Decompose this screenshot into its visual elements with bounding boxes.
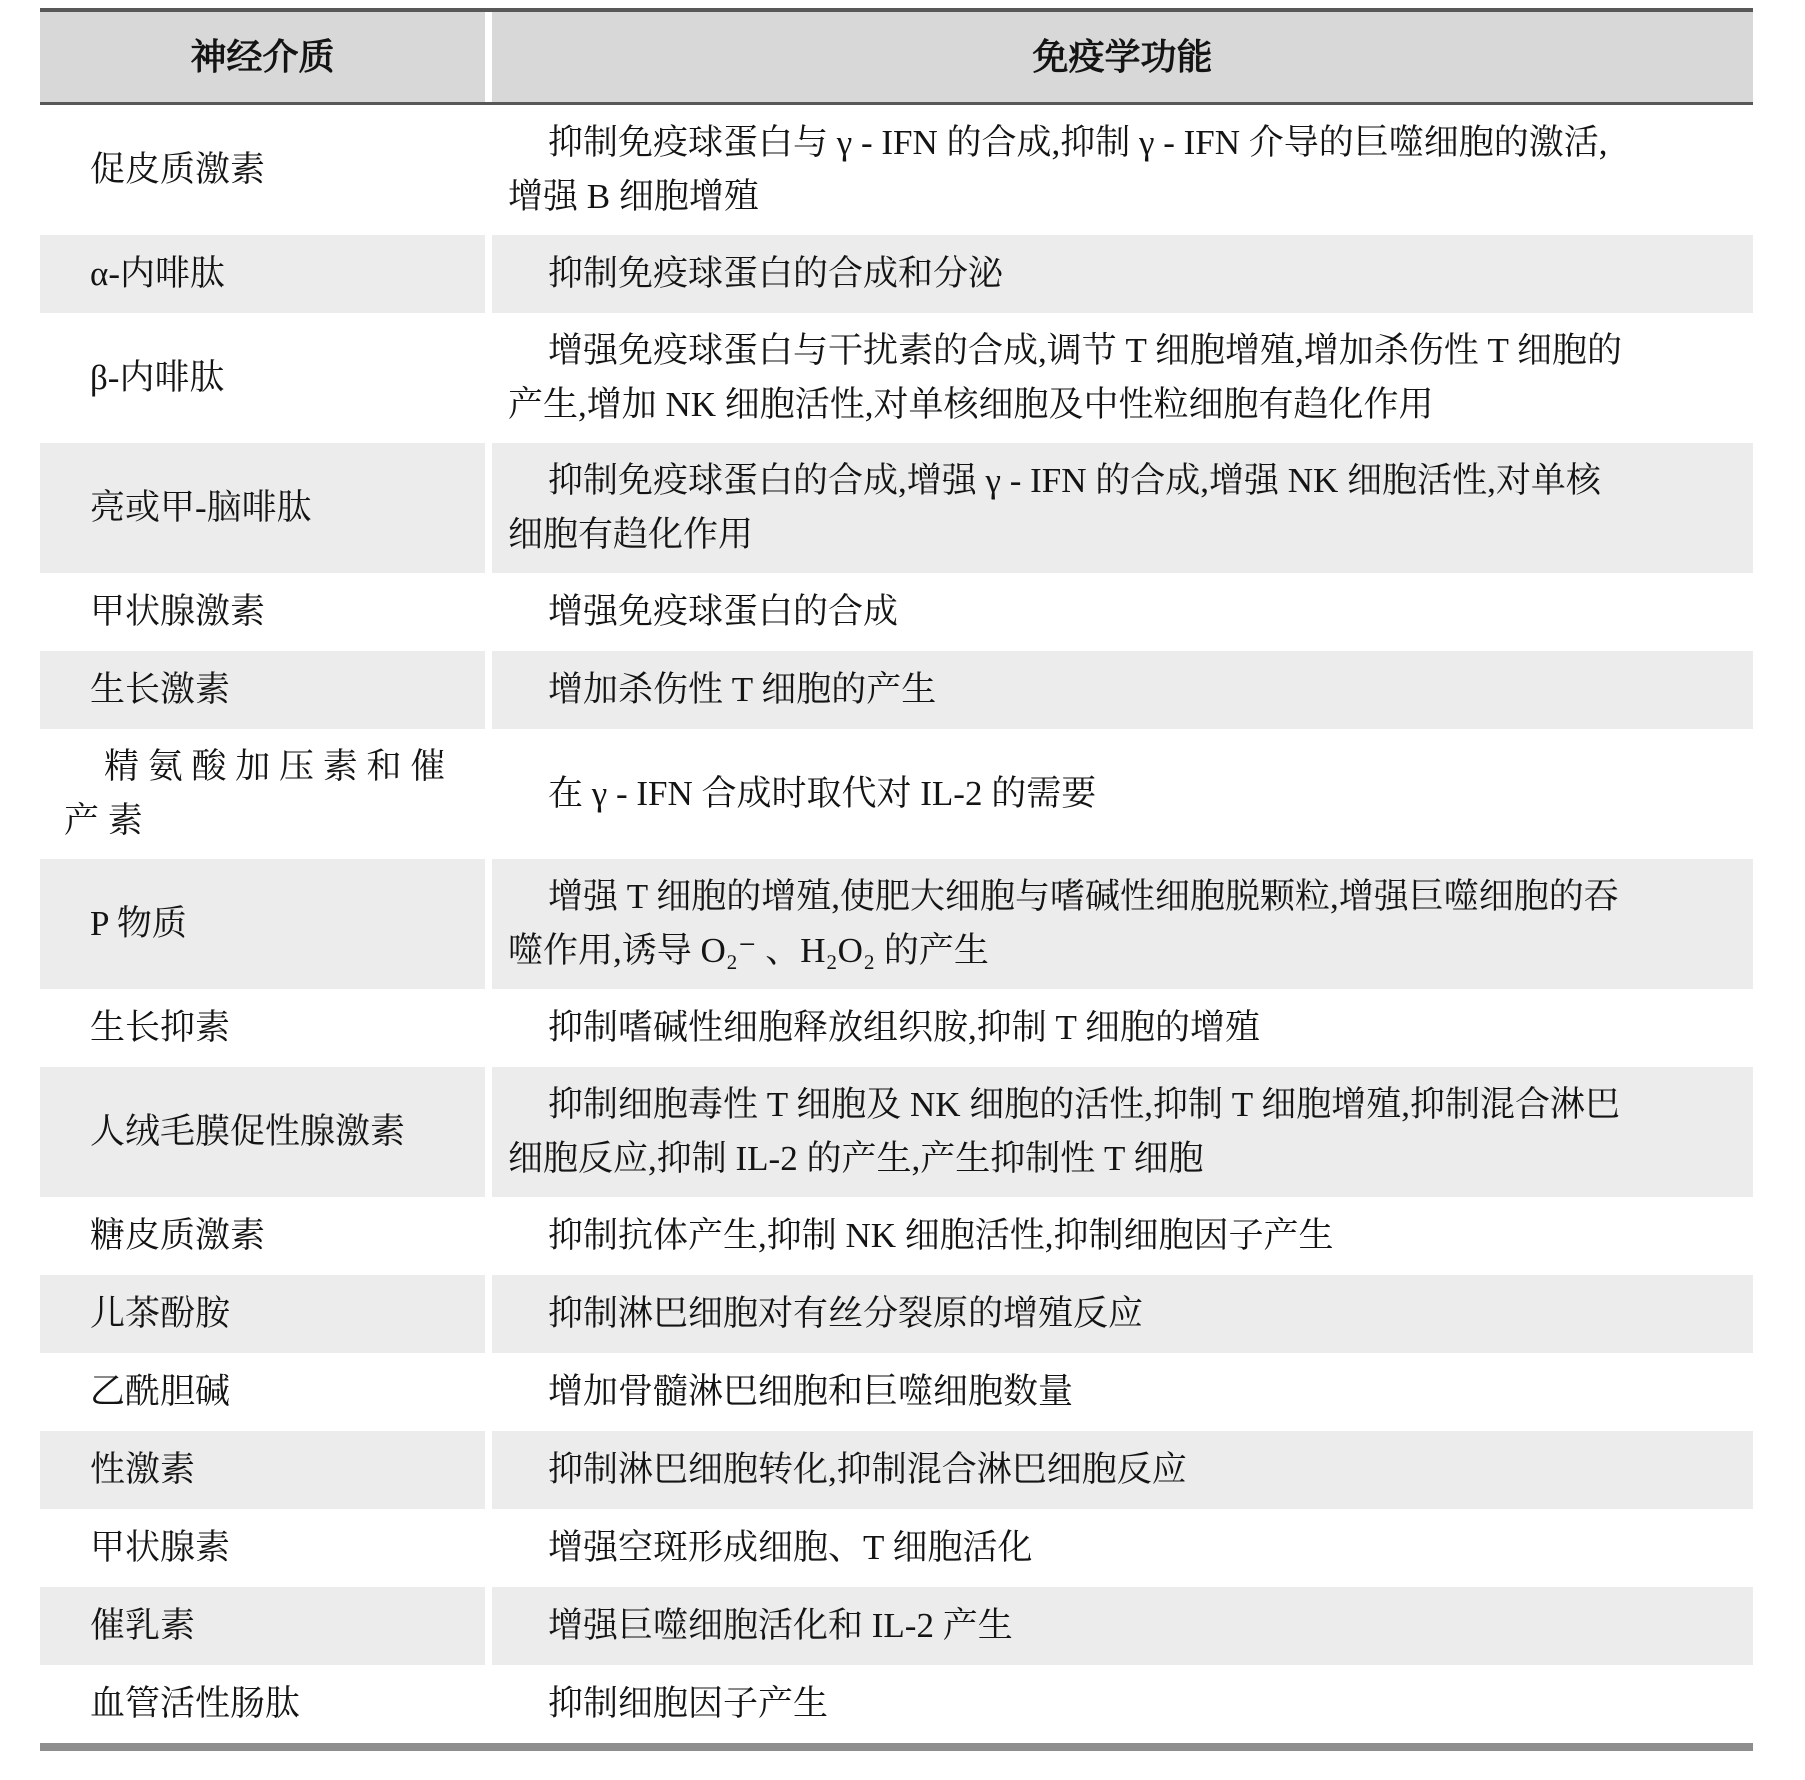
mediator-cell: 催乳素 bbox=[40, 1587, 485, 1665]
function-text: 抑制免疫球蛋白的合成和分泌 bbox=[492, 241, 1753, 307]
table-header-row: 神经介质 免疫学功能 bbox=[40, 12, 1753, 102]
function-text: 在 γ - IFN 合成时取代对 IL-2 的需要 bbox=[492, 761, 1753, 827]
column-header-function-label: 免疫学功能 bbox=[492, 30, 1753, 84]
mediator-cell: P 物质 bbox=[40, 859, 485, 989]
mediator-label: α-内啡肽 bbox=[40, 241, 485, 307]
column-gap bbox=[485, 1665, 492, 1743]
mediator-label: 血管活性肠肽 bbox=[40, 1671, 485, 1737]
table-row-somatostatin: 生长抑素 抑制嗜碱性细胞释放组织胺,抑制 T 细胞的增殖 bbox=[40, 989, 1753, 1067]
table-row-thyroid-hormone: 甲状腺激素 增强免疫球蛋白的合成 bbox=[40, 573, 1753, 651]
column-header-mediator: 神经介质 bbox=[40, 12, 485, 102]
table-row-vasopressin-oxytocin: 精 氨 酸 加 压 素 和 催 产 素 在 γ - IFN 合成时取代对 IL-… bbox=[40, 729, 1753, 859]
mediator-label: 生长激素 bbox=[40, 657, 485, 723]
table-row-vip: 血管活性肠肽 抑制细胞因子产生 bbox=[40, 1665, 1753, 1743]
column-gap bbox=[485, 12, 492, 102]
column-gap bbox=[485, 859, 492, 989]
function-text: 抑制嗜碱性细胞释放组织胺,抑制 T 细胞的增殖 bbox=[492, 995, 1753, 1061]
table-body: 促皮质激素 抑制免疫球蛋白与 γ - IFN 的合成,抑制 γ - IFN 介导… bbox=[40, 105, 1753, 1743]
table-row-substance-p: P 物质 增强 T 细胞的增殖,使肥大细胞与嗜碱性细胞脱颗粒,增强巨噬细胞的吞 … bbox=[40, 859, 1753, 989]
function-text: 增强巨噬细胞活化和 IL-2 产生 bbox=[492, 1593, 1753, 1659]
mediator-label: 乙酰胆碱 bbox=[40, 1359, 485, 1425]
column-gap bbox=[485, 651, 492, 729]
function-cell: 抑制淋巴细胞对有丝分裂原的增殖反应 bbox=[492, 1275, 1753, 1353]
mediator-cell: 精 氨 酸 加 压 素 和 催 产 素 bbox=[40, 729, 485, 859]
column-gap bbox=[485, 313, 492, 443]
mediator-label: 人绒毛膜促性腺激素 bbox=[40, 1099, 485, 1165]
column-gap bbox=[485, 1509, 492, 1587]
table-row-glucocorticoid: 糖皮质激素 抑制抗体产生,抑制 NK 细胞活性,抑制细胞因子产生 bbox=[40, 1197, 1753, 1275]
mediator-label: 亮或甲-脑啡肽 bbox=[40, 475, 485, 541]
mediator-label: 促皮质激素 bbox=[40, 137, 485, 203]
table-row-thyroxine: 甲状腺素 增强空斑形成细胞、T 细胞活化 bbox=[40, 1509, 1753, 1587]
mediator-cell: 生长激素 bbox=[40, 651, 485, 729]
mediator-label: P 物质 bbox=[40, 891, 485, 957]
column-gap bbox=[485, 1587, 492, 1665]
table-row-alpha-endorphin: α-内啡肽 抑制免疫球蛋白的合成和分泌 bbox=[40, 235, 1753, 313]
column-gap bbox=[485, 573, 492, 651]
mediator-cell: 促皮质激素 bbox=[40, 105, 485, 235]
function-text: 增加杀伤性 T 细胞的产生 bbox=[492, 657, 1753, 723]
column-gap bbox=[485, 1431, 492, 1509]
mediator-cell: β-内啡肽 bbox=[40, 313, 485, 443]
table-bottom-rule bbox=[40, 1743, 1753, 1751]
column-gap bbox=[485, 105, 492, 235]
mediator-cell: 生长抑素 bbox=[40, 989, 485, 1067]
function-cell: 抑制细胞毒性 T 细胞及 NK 细胞的活性,抑制 T 细胞增殖,抑制混合淋巴 细… bbox=[492, 1067, 1753, 1197]
function-cell: 增强免疫球蛋白与干扰素的合成,调节 T 细胞增殖,增加杀伤性 T 细胞的 产生,… bbox=[492, 313, 1753, 443]
function-cell: 增强 T 细胞的增殖,使肥大细胞与嗜碱性细胞脱颗粒,增强巨噬细胞的吞 噬作用,诱… bbox=[492, 859, 1753, 989]
function-cell: 抑制免疫球蛋白与 γ - IFN 的合成,抑制 γ - IFN 介导的巨噬细胞的… bbox=[492, 105, 1753, 235]
mediator-cell: 血管活性肠肽 bbox=[40, 1665, 485, 1743]
column-gap bbox=[485, 1275, 492, 1353]
function-text: 抑制免疫球蛋白的合成,增强 γ - IFN 的合成,增强 NK 细胞活性,对单核… bbox=[492, 448, 1753, 568]
mediator-cell: 亮或甲-脑啡肽 bbox=[40, 443, 485, 573]
function-cell: 抑制细胞因子产生 bbox=[492, 1665, 1753, 1743]
neurotransmitter-immune-function-table: 神经介质 免疫学功能 促皮质激素 抑制免疫球蛋白与 γ - IFN 的合成,抑制… bbox=[40, 8, 1753, 1751]
mediator-label: β-内啡肽 bbox=[40, 345, 485, 411]
table-row-prolactin: 催乳素 增强巨噬细胞活化和 IL-2 产生 bbox=[40, 1587, 1753, 1665]
function-cell: 抑制淋巴细胞转化,抑制混合淋巴细胞反应 bbox=[492, 1431, 1753, 1509]
function-cell: 抑制抗体产生,抑制 NK 细胞活性,抑制细胞因子产生 bbox=[492, 1197, 1753, 1275]
function-text: 增强免疫球蛋白的合成 bbox=[492, 579, 1753, 645]
function-cell: 增加杀伤性 T 细胞的产生 bbox=[492, 651, 1753, 729]
column-gap bbox=[485, 729, 492, 859]
function-text: 抑制淋巴细胞转化,抑制混合淋巴细胞反应 bbox=[492, 1437, 1753, 1503]
table-row-hcg: 人绒毛膜促性腺激素 抑制细胞毒性 T 细胞及 NK 细胞的活性,抑制 T 细胞增… bbox=[40, 1067, 1753, 1197]
mediator-label: 生长抑素 bbox=[40, 995, 485, 1061]
table-row-catecholamine: 儿茶酚胺 抑制淋巴细胞对有丝分裂原的增殖反应 bbox=[40, 1275, 1753, 1353]
mediator-label: 甲状腺激素 bbox=[40, 579, 485, 645]
function-cell: 增强空斑形成细胞、T 细胞活化 bbox=[492, 1509, 1753, 1587]
function-text: 抑制淋巴细胞对有丝分裂原的增殖反应 bbox=[492, 1281, 1753, 1347]
mediator-cell: 甲状腺激素 bbox=[40, 573, 485, 651]
mediator-cell: α-内啡肽 bbox=[40, 235, 485, 313]
mediator-label: 甲状腺素 bbox=[40, 1515, 485, 1581]
function-text: 增强免疫球蛋白与干扰素的合成,调节 T 细胞增殖,增加杀伤性 T 细胞的 产生,… bbox=[492, 318, 1753, 438]
column-gap bbox=[485, 1353, 492, 1431]
column-gap bbox=[485, 443, 492, 573]
column-header-function: 免疫学功能 bbox=[492, 12, 1753, 102]
function-cell: 抑制免疫球蛋白的合成,增强 γ - IFN 的合成,增强 NK 细胞活性,对单核… bbox=[492, 443, 1753, 573]
mediator-cell: 性激素 bbox=[40, 1431, 485, 1509]
function-cell: 抑制免疫球蛋白的合成和分泌 bbox=[492, 235, 1753, 313]
function-cell: 增强巨噬细胞活化和 IL-2 产生 bbox=[492, 1587, 1753, 1665]
mediator-cell: 人绒毛膜促性腺激素 bbox=[40, 1067, 485, 1197]
function-text: 增强空斑形成细胞、T 细胞活化 bbox=[492, 1515, 1753, 1581]
function-text: 抑制细胞因子产生 bbox=[492, 1671, 1753, 1737]
mediator-label: 精 氨 酸 加 压 素 和 催 产 素 bbox=[40, 734, 485, 854]
function-text: 抑制免疫球蛋白与 γ - IFN 的合成,抑制 γ - IFN 介导的巨噬细胞的… bbox=[492, 110, 1753, 230]
function-cell: 抑制嗜碱性细胞释放组织胺,抑制 T 细胞的增殖 bbox=[492, 989, 1753, 1067]
column-gap bbox=[485, 235, 492, 313]
function-cell: 增强免疫球蛋白的合成 bbox=[492, 573, 1753, 651]
function-text: 抑制细胞毒性 T 细胞及 NK 细胞的活性,抑制 T 细胞增殖,抑制混合淋巴 细… bbox=[492, 1072, 1753, 1192]
table-row-corticotropin: 促皮质激素 抑制免疫球蛋白与 γ - IFN 的合成,抑制 γ - IFN 介导… bbox=[40, 105, 1753, 235]
mediator-label: 糖皮质激素 bbox=[40, 1203, 485, 1269]
table-row-enkephalin: 亮或甲-脑啡肽 抑制免疫球蛋白的合成,增强 γ - IFN 的合成,增强 NK … bbox=[40, 443, 1753, 573]
function-cell: 增加骨髓淋巴细胞和巨噬细胞数量 bbox=[492, 1353, 1753, 1431]
mediator-cell: 糖皮质激素 bbox=[40, 1197, 485, 1275]
table-row-growth-hormone: 生长激素 增加杀伤性 T 细胞的产生 bbox=[40, 651, 1753, 729]
mediator-label: 儿茶酚胺 bbox=[40, 1281, 485, 1347]
table-row-sex-hormone: 性激素 抑制淋巴细胞转化,抑制混合淋巴细胞反应 bbox=[40, 1431, 1753, 1509]
column-gap bbox=[485, 1067, 492, 1197]
function-text: 增强 T 细胞的增殖,使肥大细胞与嗜碱性细胞脱颗粒,增强巨噬细胞的吞 噬作用,诱… bbox=[492, 864, 1753, 984]
function-cell: 在 γ - IFN 合成时取代对 IL-2 的需要 bbox=[492, 729, 1753, 859]
function-text: 抑制抗体产生,抑制 NK 细胞活性,抑制细胞因子产生 bbox=[492, 1203, 1753, 1269]
column-gap bbox=[485, 989, 492, 1067]
mediator-label: 催乳素 bbox=[40, 1593, 485, 1659]
table-row-acetylcholine: 乙酰胆碱 增加骨髓淋巴细胞和巨噬细胞数量 bbox=[40, 1353, 1753, 1431]
function-text: 增加骨髓淋巴细胞和巨噬细胞数量 bbox=[492, 1359, 1753, 1425]
table-row-beta-endorphin: β-内啡肽 增强免疫球蛋白与干扰素的合成,调节 T 细胞增殖,增加杀伤性 T 细… bbox=[40, 313, 1753, 443]
column-header-mediator-label: 神经介质 bbox=[40, 30, 485, 84]
column-gap bbox=[485, 1197, 492, 1275]
mediator-cell: 儿茶酚胺 bbox=[40, 1275, 485, 1353]
mediator-cell: 乙酰胆碱 bbox=[40, 1353, 485, 1431]
mediator-cell: 甲状腺素 bbox=[40, 1509, 485, 1587]
mediator-label: 性激素 bbox=[40, 1437, 485, 1503]
